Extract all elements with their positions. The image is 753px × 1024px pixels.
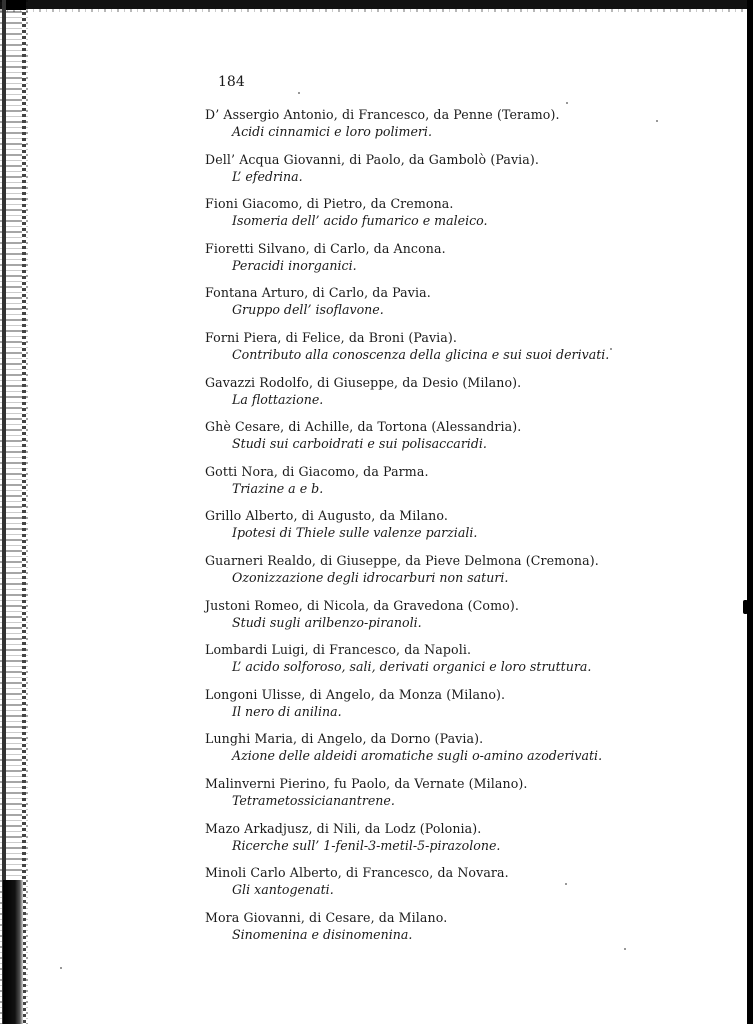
thesis-title: La flottazione. — [205, 391, 635, 408]
thesis-title: Sinomenina e disinomenina. — [205, 926, 635, 943]
list-item: Dell’ Acqua Giovanni, di Paolo, da Gambo… — [205, 151, 635, 185]
author-line: Lunghi Maria, di Angelo, da Dorno (Pavia… — [205, 730, 635, 747]
thesis-title: Ozonizzazione degli idrocarburi non satu… — [205, 569, 635, 586]
scan-corner-mark — [6, 0, 26, 10]
author-line: Lombardi Luigi, di Francesco, da Napoli. — [205, 641, 635, 658]
author-line: D’ Assergio Antonio, di Francesco, da Pe… — [205, 106, 635, 123]
list-item: Fioni Giacomo, di Pietro, da Cremona. Is… — [205, 195, 635, 229]
scan-right-notch — [743, 600, 748, 614]
list-item: Lombardi Luigi, di Francesco, da Napoli.… — [205, 641, 635, 675]
scan-right-border — [747, 0, 753, 1024]
thesis-title: Ipotesi di Thiele sulle valenze parziali… — [205, 524, 635, 541]
list-item: Ghè Cesare, di Achille, da Tortona (Ales… — [205, 418, 635, 452]
list-item: Fontana Arturo, di Carlo, da Pavia. Grup… — [205, 284, 635, 318]
author-line: Dell’ Acqua Giovanni, di Paolo, da Gambo… — [205, 151, 635, 168]
list-item: Gotti Nora, di Giacomo, da Parma. Triazi… — [205, 463, 635, 497]
list-item: Forni Piera, di Felice, da Broni (Pavia)… — [205, 329, 635, 363]
thesis-title: Peracidi inorganici. — [205, 257, 635, 274]
thesis-title: Studi sui carboidrati e sui polisaccarid… — [205, 435, 635, 452]
author-line: Forni Piera, di Felice, da Broni (Pavia)… — [205, 329, 635, 346]
thesis-title: L’ efedrina. — [205, 168, 635, 185]
author-line: Fioni Giacomo, di Pietro, da Cremona. — [205, 195, 635, 212]
author-line: Mazo Arkadjusz, di Nili, da Lodz (Poloni… — [205, 820, 635, 837]
author-line: Gotti Nora, di Giacomo, da Parma. — [205, 463, 635, 480]
list-item: Lunghi Maria, di Angelo, da Dorno (Pavia… — [205, 730, 635, 764]
list-item: Grillo Alberto, di Augusto, da Milano. I… — [205, 507, 635, 541]
author-line: Guarneri Realdo, di Giuseppe, da Pieve D… — [205, 552, 635, 569]
list-item: Longoni Ulisse, di Angelo, da Monza (Mil… — [205, 686, 635, 720]
scan-speck — [656, 120, 658, 122]
thesis-title: Gli xantogenati. — [205, 881, 635, 898]
author-line: Mora Giovanni, di Cesare, da Milano. — [205, 909, 635, 926]
list-item: Mazo Arkadjusz, di Nili, da Lodz (Poloni… — [205, 820, 635, 854]
author-line: Malinverni Pierino, fu Paolo, da Vernate… — [205, 775, 635, 792]
thesis-title: Gruppo dell’ isoflavone. — [205, 301, 635, 318]
author-line: Justoni Romeo, di Nicola, da Gravedona (… — [205, 597, 635, 614]
scan-top-noise — [0, 9, 753, 12]
scan-top-border — [0, 0, 753, 9]
scan-speck — [298, 92, 300, 94]
thesis-title: Azione delle aldeidi aromatiche sugli o-… — [205, 747, 635, 764]
author-line: Fioretti Silvano, di Carlo, da Ancona. — [205, 240, 635, 257]
thesis-title: L’ acido solforoso, sali, derivati organ… — [205, 658, 635, 675]
author-line: Ghè Cesare, di Achille, da Tortona (Ales… — [205, 418, 635, 435]
scan-binding-shadow — [3, 880, 23, 1024]
scan-speck — [566, 102, 568, 104]
page-number: 184 — [218, 74, 245, 90]
thesis-title: Tetrametossicianantrene. — [205, 792, 635, 809]
list-item: Guarneri Realdo, di Giuseppe, da Pieve D… — [205, 552, 635, 586]
list-item: D’ Assergio Antonio, di Francesco, da Pe… — [205, 106, 635, 140]
scan-speck — [624, 948, 626, 950]
scan-left-binding — [0, 0, 28, 1024]
thesis-title: Ricerche sull’ 1-fenil-3-metil-5-pirazol… — [205, 837, 635, 854]
thesis-title: Acidi cinnamici e loro polimeri. — [205, 123, 635, 140]
thesis-list: D’ Assergio Antonio, di Francesco, da Pe… — [205, 106, 635, 953]
thesis-title: Contributo alla conoscenza della glicina… — [205, 346, 635, 363]
thesis-title: Isomeria dell’ acido fumarico e maleico. — [205, 212, 635, 229]
author-line: Gavazzi Rodolfo, di Giuseppe, da Desio (… — [205, 374, 635, 391]
author-line: Longoni Ulisse, di Angelo, da Monza (Mil… — [205, 686, 635, 703]
author-line: Grillo Alberto, di Augusto, da Milano. — [205, 507, 635, 524]
scan-speck — [610, 348, 612, 350]
scan-speck — [60, 967, 62, 969]
thesis-title: Il nero di anilina. — [205, 703, 635, 720]
list-item: Justoni Romeo, di Nicola, da Gravedona (… — [205, 597, 635, 631]
list-item: Malinverni Pierino, fu Paolo, da Vernate… — [205, 775, 635, 809]
thesis-title: Triazine a e b. — [205, 480, 635, 497]
list-item: Minoli Carlo Alberto, di Francesco, da N… — [205, 864, 635, 898]
list-item: Mora Giovanni, di Cesare, da Milano. Sin… — [205, 909, 635, 943]
list-item: Fioretti Silvano, di Carlo, da Ancona. P… — [205, 240, 635, 274]
thesis-title: Studi sugli arilbenzo-piranoli. — [205, 614, 635, 631]
author-line: Minoli Carlo Alberto, di Francesco, da N… — [205, 864, 635, 881]
scan-speck — [565, 883, 567, 885]
author-line: Fontana Arturo, di Carlo, da Pavia. — [205, 284, 635, 301]
scan-speck — [462, 446, 464, 448]
list-item: Gavazzi Rodolfo, di Giuseppe, da Desio (… — [205, 374, 635, 408]
